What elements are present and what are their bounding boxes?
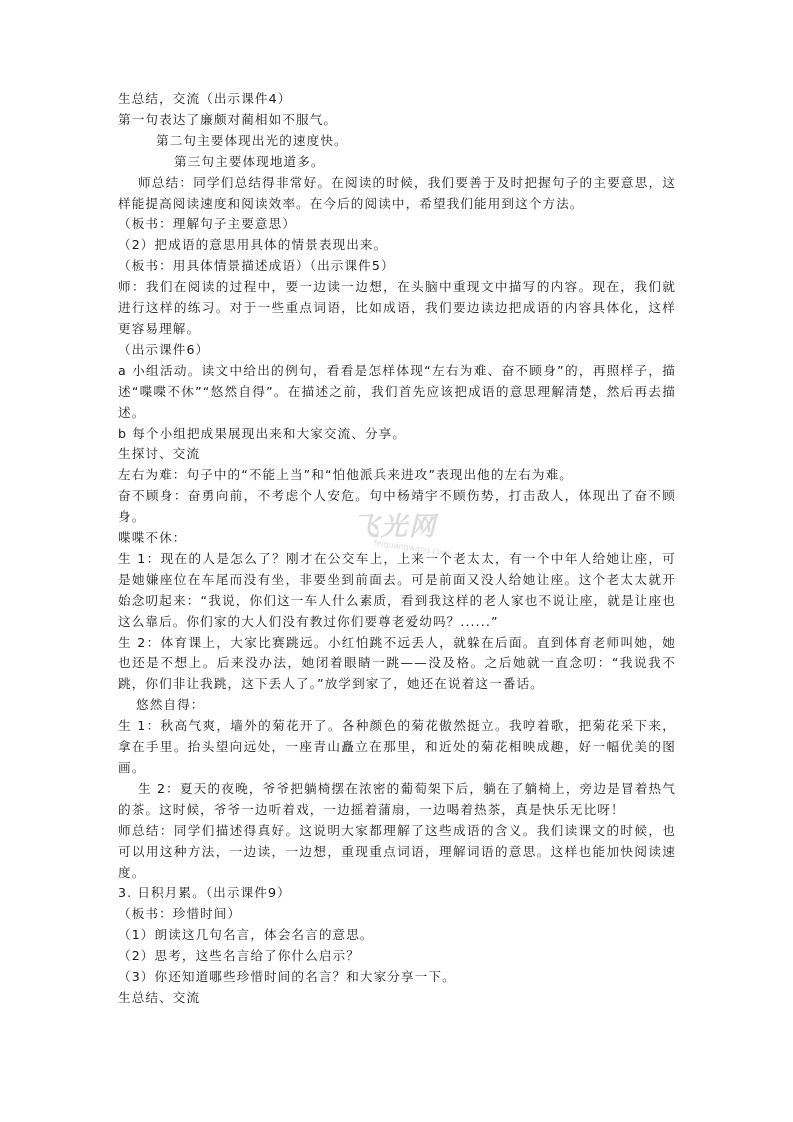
document-page: 生总结，交流（出示课件4） 第一句表达了廉颇对蔺相如不服气。 第二句主要体现出光… — [118, 89, 676, 1009]
line-activity-b: b 每个小组把成果展现出来和大家交流、分享。 — [118, 424, 676, 445]
line-step-2: （2）把成语的意思用具体的情景表现出来。 — [118, 235, 676, 256]
line-idiom-diediebuxiu: 喋喋不休： — [118, 528, 676, 549]
line-board-note-3: （板书：珍惜时间） — [118, 904, 676, 925]
paragraph-student-2-youran: 生 2：夏天的夜晚，爷爷把躺椅摆在浓密的葡萄架下后，躺在了躺椅上，旁边是冒着热气… — [118, 779, 676, 821]
line-board-note-1: （板书：理解句子主要意思） — [118, 214, 676, 235]
paragraph-teacher-instruction: 师：我们在阅读的过程中，要一边读一边想，在头脑中重现文中描写的内容。现在，我们就… — [118, 277, 676, 340]
line-sentence-2: 第二句主要体现出光的速度快。 — [118, 131, 676, 152]
line-task-1: （1）朗读这几句名言，体会名言的意思。 — [118, 925, 676, 946]
paragraph-idiom-fenbugushen: 奋不顾身：奋勇向前，不考虑个人安危。句中杨靖宇不顾伤势，打击敌人，体现出了奋不顾… — [118, 486, 676, 528]
line-section-3-heading: 3. 日积月累。（出示课件9） — [118, 883, 676, 904]
paragraph-student-2-diedie: 生 2：体育课上，大家比赛跳远。小红怕跳不远丢人，就躲在后面。直到体育老师叫她，… — [118, 633, 676, 696]
line-sentence-1: 第一句表达了廉颇对蔺相如不服气。 — [118, 110, 676, 131]
line-idiom-youranzide: 悠然自得： — [118, 695, 676, 716]
line-summary-exchange-4: 生总结，交流（出示课件4） — [118, 89, 676, 110]
line-student-discussion: 生探讨、交流 — [118, 444, 676, 465]
line-final-summary: 生总结、交流 — [118, 988, 676, 1009]
paragraph-teacher-summary-2: 师总结：同学们描述得真好。这说明大家都理解了这些成语的含义。我们读课文的时候，也… — [118, 821, 676, 884]
paragraph-teacher-summary-1: 师总结：同学们总结得非常好。在阅读的时候，我们要善于及时把握句子的主要意思，这样… — [118, 173, 676, 215]
paragraph-student-1-youran: 生 1：秋高气爽，墙外的菊花开了。各种颜色的菊花傲然挺立。我哼着歌，把菊花采下来… — [118, 716, 676, 779]
line-task-3: （3）你还知道哪些珍惜时间的名言？和大家分享一下。 — [118, 967, 676, 988]
paragraph-activity-a: a 小组活动。读文中给出的例句，看看是怎样体现“左右为难、奋不顾身”的，再照样子… — [118, 361, 676, 424]
line-idiom-zuoyouweinan: 左右为难：句子中的“不能上当”和“怕他派兵来进攻”表现出他的左右为难。 — [118, 465, 676, 486]
line-task-2: （2）思考，这些名言给了你什么启示？ — [118, 946, 676, 967]
line-sentence-3: 第三句主要体现地道多。 — [118, 152, 676, 173]
paragraph-student-1-diedie: 生 1：现在的人是怎么了？刚才在公交车上，上来一个老太太，有一个中年人给她让座，… — [118, 549, 676, 633]
line-courseware-6: （出示课件6） — [118, 340, 676, 361]
line-board-note-2: （板书：用具体情景描述成语）（出示课件5） — [118, 256, 676, 277]
